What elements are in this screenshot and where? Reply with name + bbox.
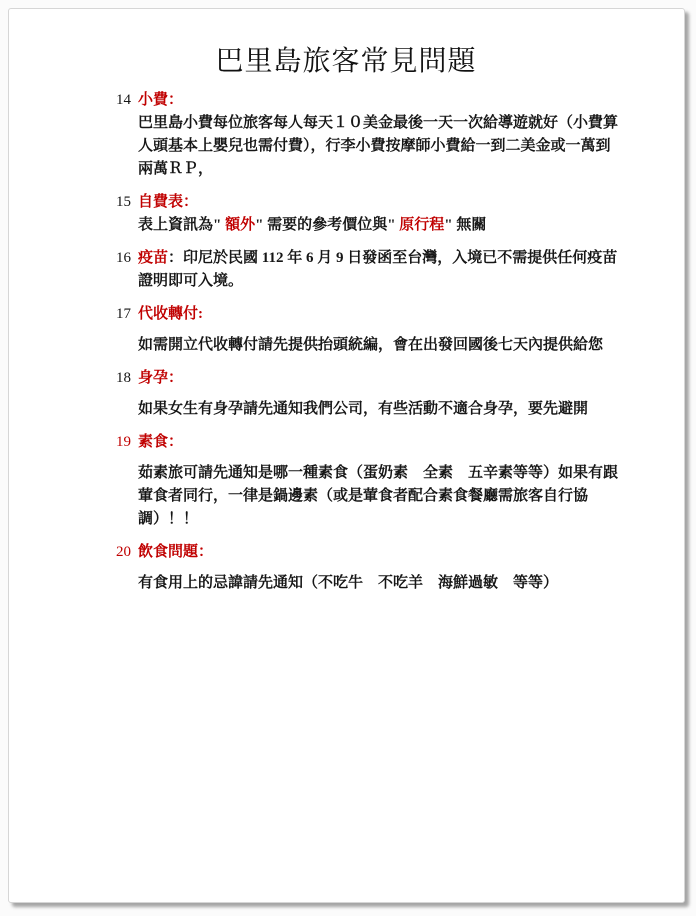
item-number: 16 xyxy=(116,247,138,293)
faq-item-20: 20 飲食問題： 有食用上的忌諱請先通知（不吃牛 不吃羊 海鮮過敏 等等） xyxy=(116,541,576,595)
faq-item-16: 16 疫苗：印尼於民國 112 年 6 月 9 日發函至台灣，入境已不需提供任何… xyxy=(116,247,576,293)
item-body-line: 茹素旅可請先通知是哪一種素食（蛋奶素 全素 五辛素等等）如果有跟 xyxy=(138,462,618,485)
item-number: 20 xyxy=(116,541,138,595)
item-heading: 小費： xyxy=(138,89,618,112)
item-number: 18 xyxy=(116,367,138,421)
body-segment: " 無關 xyxy=(444,217,486,233)
item-body: 有食用上的忌諱請先通知（不吃牛 不吃羊 海鮮過敏 等等） xyxy=(138,572,576,595)
item-body-line: 證明即可入境。 xyxy=(138,270,617,293)
faq-item-18: 18 身孕： 如果女生有身孕請先通知我們公司，有些活動不適合身孕，要先避開 xyxy=(116,367,576,421)
faq-item-19: 19 素食： 茹素旅可請先通知是哪一種素食（蛋奶素 全素 五辛素等等）如果有跟 … xyxy=(116,431,576,531)
item-heading: 素食： xyxy=(138,431,618,454)
item-body-line: 人頭基本上嬰兒也需付費），行李小費按摩師小費給一到二美金或一萬到 xyxy=(138,135,618,158)
item-number: 19 xyxy=(116,431,138,531)
body-segment: " 需要的參考價位與" xyxy=(255,217,399,233)
item-body-line: 調）！！ xyxy=(138,508,618,531)
item-number: 15 xyxy=(116,191,138,237)
item-heading: 自費表： xyxy=(138,191,576,214)
item-heading-inline-line: 疫苗：印尼於民國 112 年 6 月 9 日發函至台灣，入境已不需提供任何疫苗 xyxy=(138,247,617,270)
item-body: 茹素旅可請先通知是哪一種素食（蛋奶素 全素 五辛素等等）如果有跟 葷食者同行，一… xyxy=(138,462,618,531)
item-heading: 疫苗 xyxy=(138,250,168,266)
faq-item-15: 15 自費表： 表上資訊為" 額外" 需要的參考價位與" 原行程" 無關 xyxy=(116,191,576,237)
item-body: 表上資訊為" 額外" 需要的參考價位與" 原行程" 無關 xyxy=(138,214,576,237)
item-heading: 代收轉付: xyxy=(138,303,603,326)
item-body-line: 如果女生有身孕請先通知我們公司，有些活動不適合身孕，要先避開 xyxy=(138,398,588,421)
faq-item-14: 14 小費： 巴里島小費每位旅客每人每天１０美金最後一天一次給導遊就好（小費算 … xyxy=(116,89,576,181)
document-page: 巴里島旅客常見問題 14 小費： 巴里島小費每位旅客每人每天１０美金最後一天一次… xyxy=(8,8,685,903)
item-body-line: 葷食者同行，一律是鍋邊素（或是葷食者配合素食餐廳需旅客自行協 xyxy=(138,485,618,508)
item-body: 巴里島小費每位旅客每人每天１０美金最後一天一次給導遊就好（小費算 人頭基本上嬰兒… xyxy=(138,112,618,181)
item-body-line: 表上資訊為" 額外" 需要的參考價位與" 原行程" 無關 xyxy=(138,214,576,237)
item-body-inline: ：印尼於民國 112 年 6 月 9 日發函至台灣，入境已不需提供任何疫苗 xyxy=(168,250,617,266)
item-body-line: 巴里島小費每位旅客每人每天１０美金最後一天一次給導遊就好（小費算 xyxy=(138,112,618,135)
item-heading: 身孕： xyxy=(138,367,588,390)
item-body: 證明即可入境。 xyxy=(138,270,617,293)
page-title: 巴里島旅客常見問題 xyxy=(116,45,576,79)
faq-item-17: 17 代收轉付: 如需開立代收轉付請先提供抬頭統編，會在出發回國後七天內提供給您 xyxy=(116,303,576,357)
item-body: 如果女生有身孕請先通知我們公司，有些活動不適合身孕，要先避開 xyxy=(138,398,588,421)
body-segment-highlight: 原行程 xyxy=(399,217,444,233)
item-heading: 飲食問題： xyxy=(138,541,576,564)
item-body: 如需開立代收轉付請先提供抬頭統編，會在出發回國後七天內提供給您 xyxy=(138,334,603,357)
item-body-line: 兩萬ＲＰ， xyxy=(138,158,618,181)
body-segment: 表上資訊為" xyxy=(138,217,225,233)
body-segment-highlight: 額外 xyxy=(225,217,255,233)
item-number: 17 xyxy=(116,303,138,357)
item-body-line: 有食用上的忌諱請先通知（不吃牛 不吃羊 海鮮過敏 等等） xyxy=(138,572,576,595)
item-body-line: 如需開立代收轉付請先提供抬頭統編，會在出發回國後七天內提供給您 xyxy=(138,334,603,357)
item-number: 14 xyxy=(116,89,138,181)
